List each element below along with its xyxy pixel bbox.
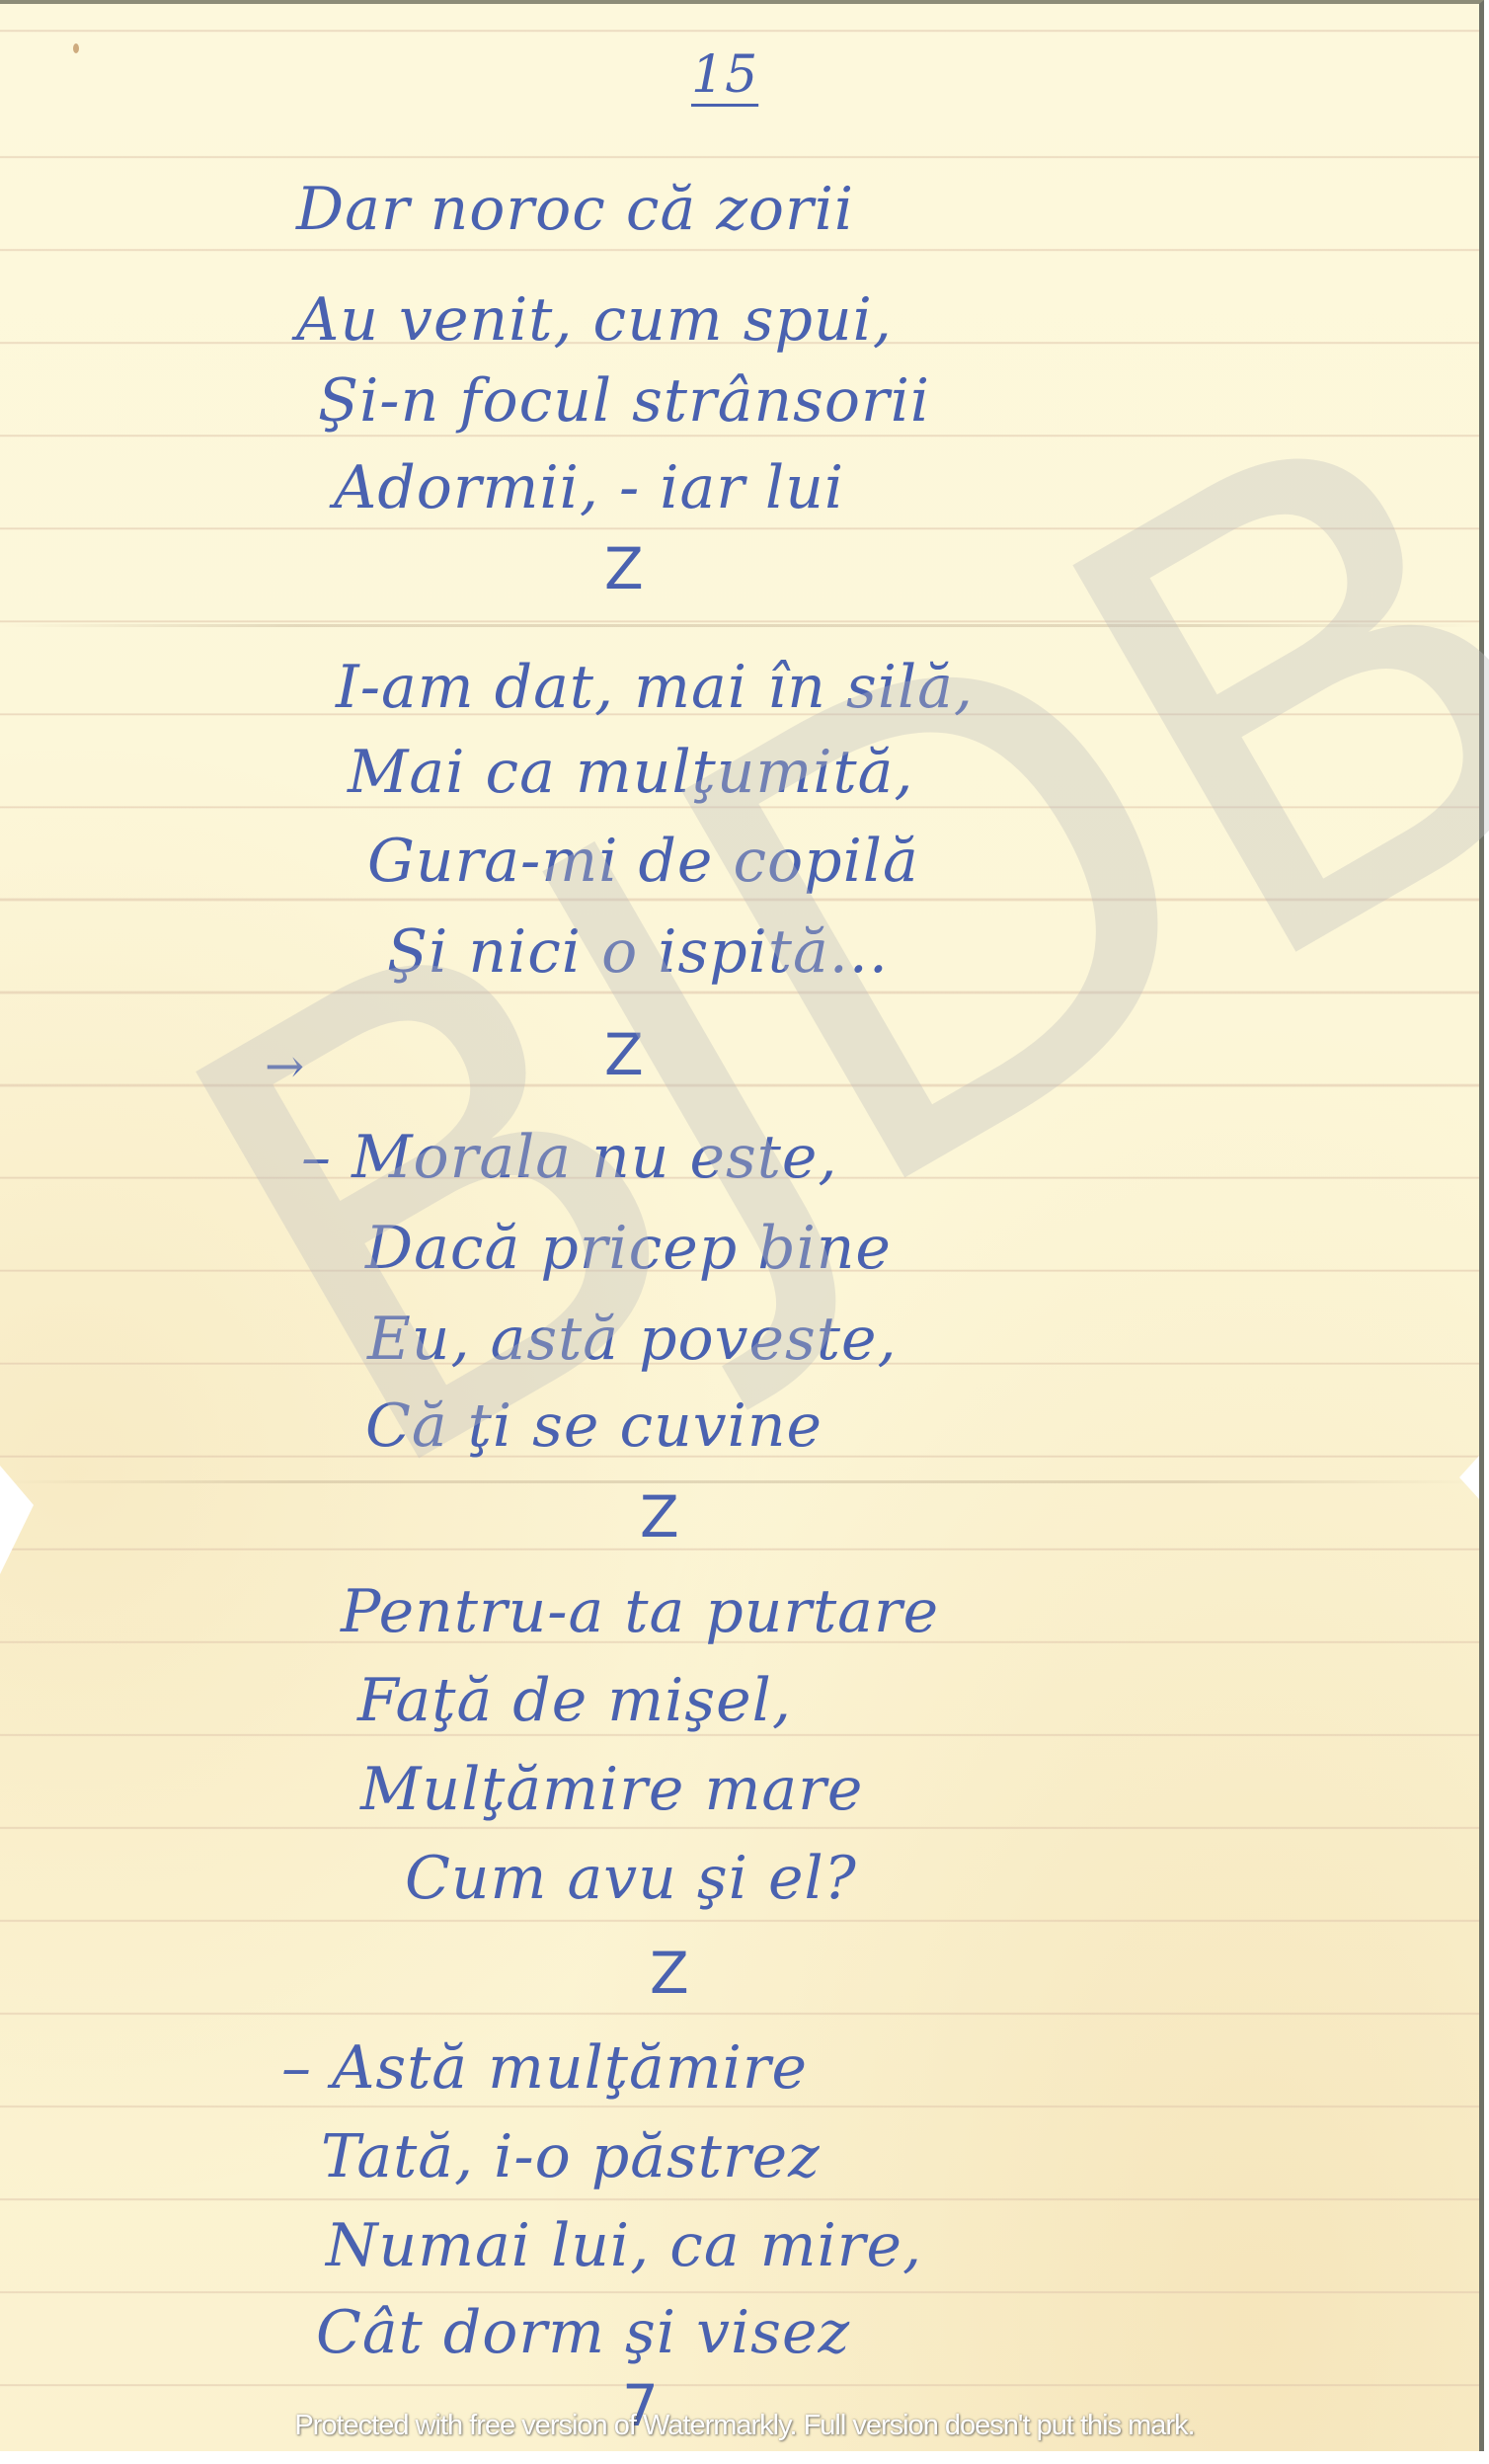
verse-line: – Morala nu este, [301,1128,837,1187]
verse-line: Cum avu şi el? [405,1849,857,1908]
ink-stain [73,43,79,53]
margin-arrow-mark: → [265,1039,305,1094]
page-number: 15 [691,45,758,105]
verse-line: Au venit, cum spui, [296,290,893,350]
stanza-separator: Z [640,1483,680,1550]
verse-line: Faţă de mişel, [357,1671,792,1730]
stanza-separator: Z [604,1021,645,1088]
verse-line: Adormii, - iar lui [334,458,844,517]
verse-line: Pentru-a ta purtare [341,1582,939,1641]
torn-edge-right [1459,1456,1479,1499]
watermarkly-footer-text: Protected with free version of Watermark… [0,2410,1489,2442]
verse-line: Tată, i-o păstrez [321,2127,821,2186]
verse-line: Cât dorm şi visez [316,2303,850,2362]
verse-line: I-am dat, mai în silă, [336,658,974,717]
torn-edge-left [0,1466,34,1574]
fold-crease-upper [0,624,1479,627]
verse-line: Că ţi se cuvine [365,1396,823,1456]
stanza-separator: Z [604,535,645,602]
verse-line: Gura-mi de copilă [367,832,919,891]
verse-line: Eu, astă poveste, [367,1310,898,1369]
verse-line: Dacă pricep bine [365,1219,892,1278]
verse-line: – Astă mulţămire [281,2038,808,2098]
verse-line: Şi-n focul strânsorii [318,371,930,431]
fold-crease-lower [0,1480,1479,1483]
verse-line: Dar noroc că zorii [296,180,854,239]
verse-line: Numai lui, ca mire, [326,2216,922,2275]
manuscript-page: 15 Dar noroc că zorii Au venit, cum spui… [0,0,1484,2451]
verse-line: Mulţămire mare [360,1760,863,1819]
verse-line: Şi nici o ispită... [387,922,889,982]
stanza-separator: Z [650,1940,690,2007]
verse-line: Mai ca mulţumită, [348,743,913,802]
